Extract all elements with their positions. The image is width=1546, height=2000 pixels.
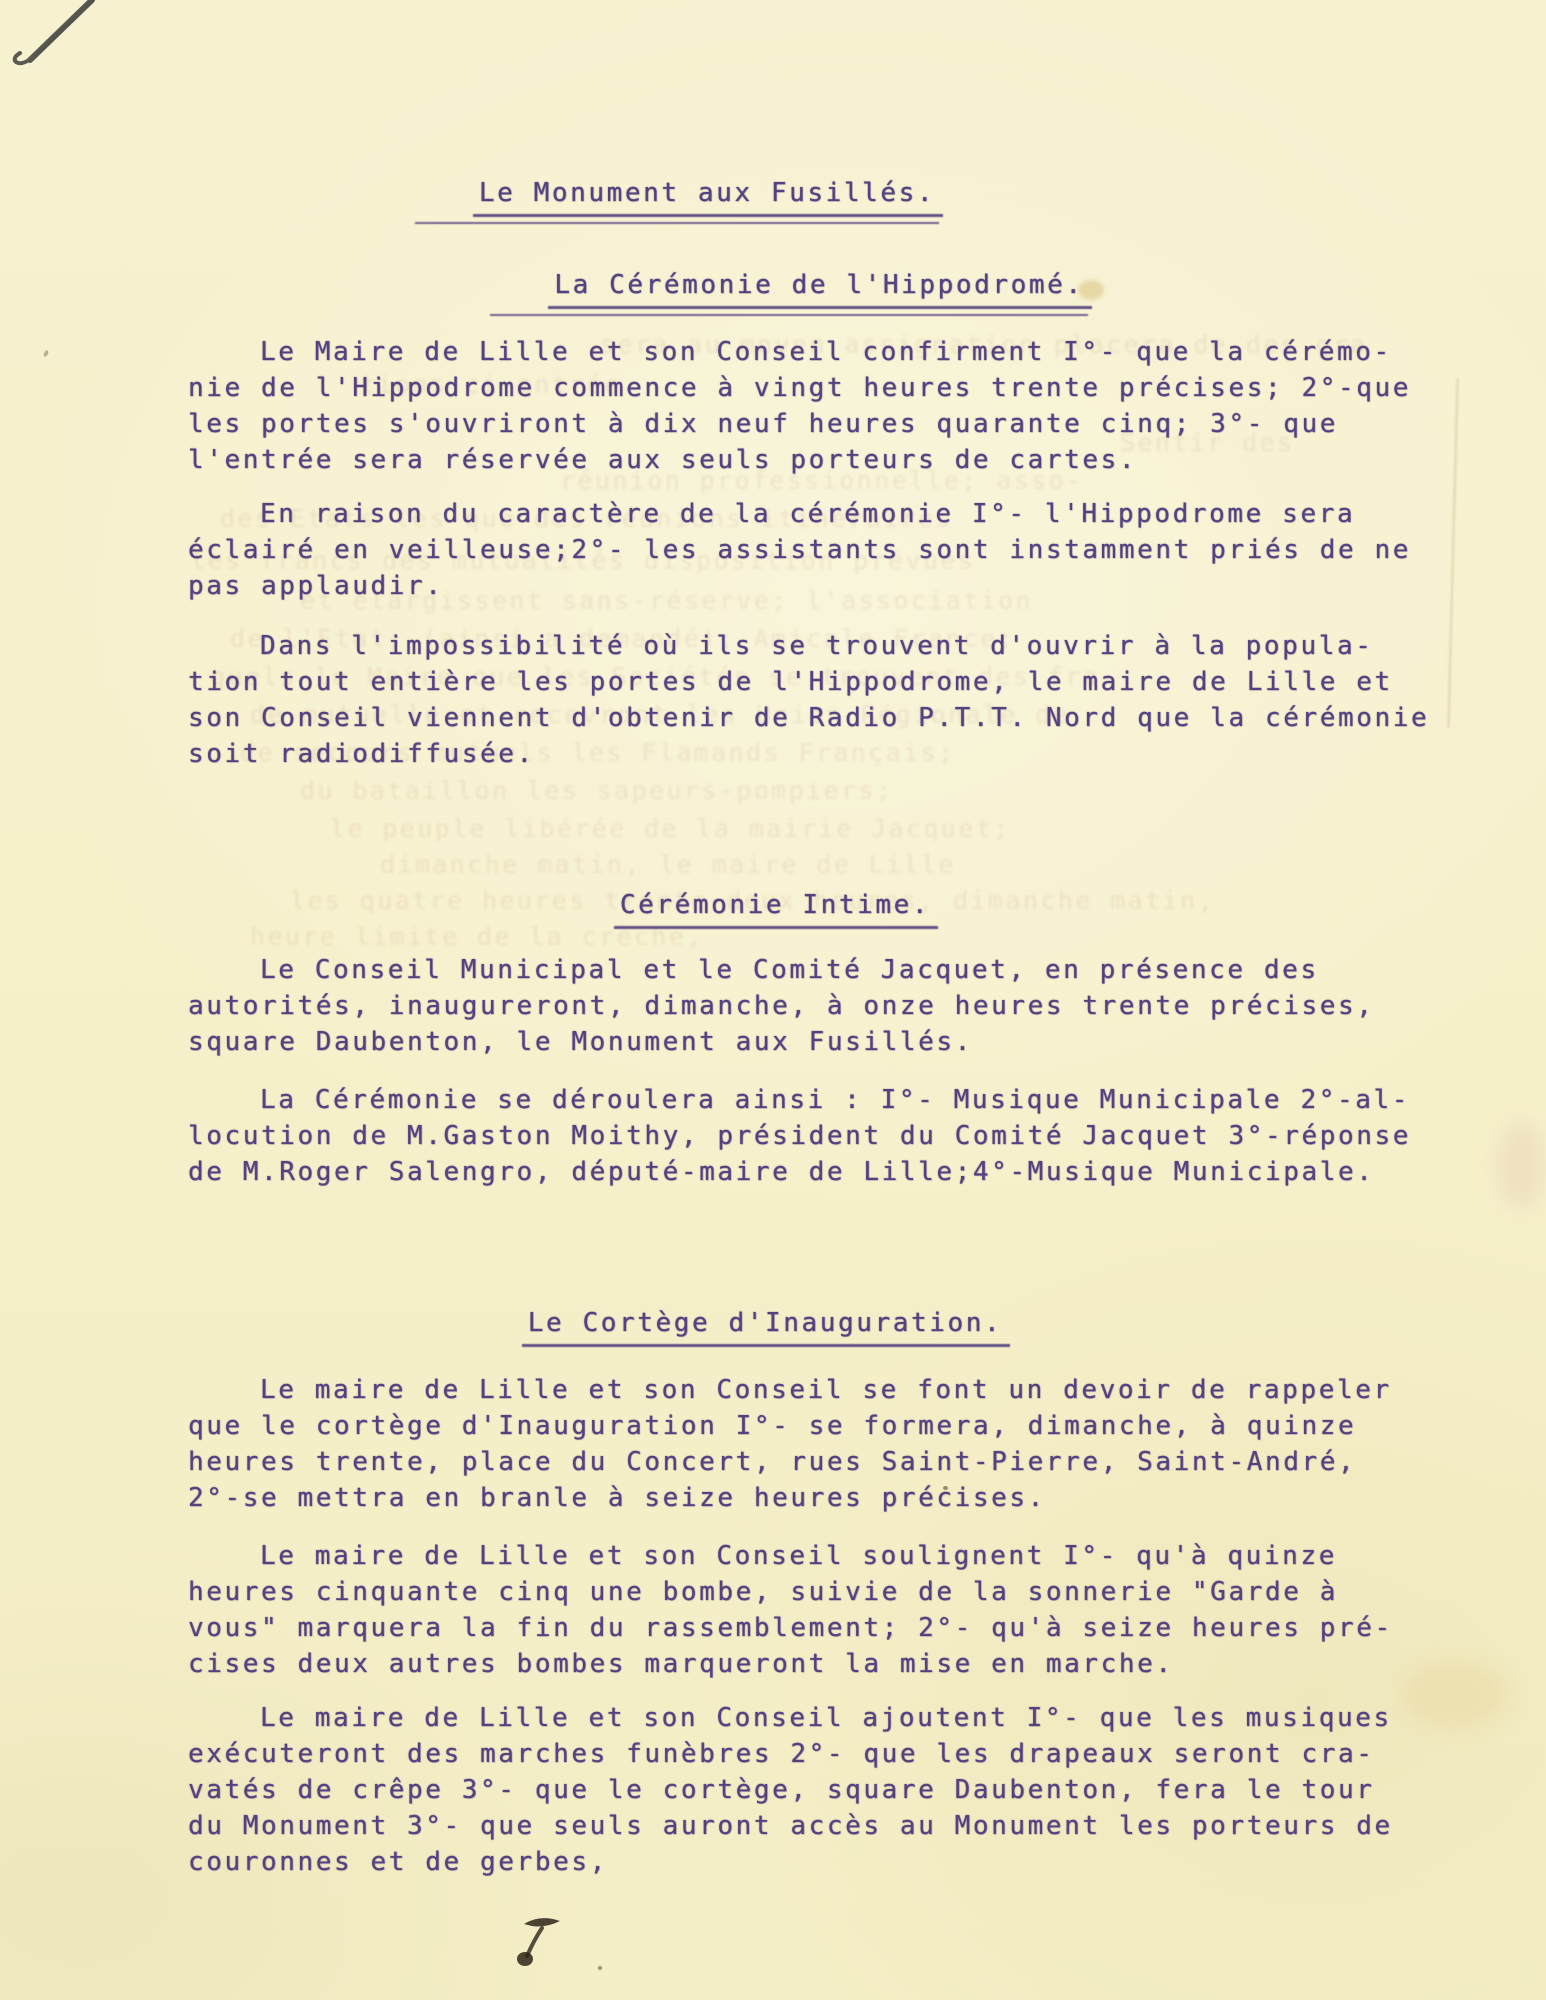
pin-icon <box>0 0 120 90</box>
text-line: heures trente, place du Concert, rues Sa… <box>188 1444 1426 1480</box>
text-line: tion tout entière les portes de l'Hippod… <box>188 664 1426 700</box>
text-line: de M.Roger Salengro, député-maire de Lil… <box>188 1154 1426 1190</box>
section-heading-hippodrome: La Cérémonie de l'Hippodromé. <box>554 268 1083 302</box>
text-line: Le maire de Lille et son Conseil ajouten… <box>188 1700 1426 1736</box>
section-heading-cortege: Le Cortège d'Inauguration. <box>528 1306 1003 1340</box>
paragraph: Dans l'impossibilité où ils se trouvent … <box>188 628 1426 772</box>
text-line: locution de M.Gaston Moithy, président d… <box>188 1118 1426 1154</box>
text-line: les portes s'ouvriront à dix neuf heures… <box>188 406 1426 442</box>
text-line: autorités, inaugureront, dimanche, à onz… <box>188 988 1426 1024</box>
paper-crease <box>1447 378 1458 728</box>
text-line: Le maire de Lille et son Conseil soulign… <box>188 1538 1426 1574</box>
text-line: nie de l'Hippodrome commence à vingt heu… <box>188 370 1426 406</box>
document-title: Le Monument aux Fusillés. <box>479 176 935 210</box>
text-line: que le cortège d'Inauguration I°- se for… <box>188 1408 1426 1444</box>
text-line: couronnes et de gerbes, <box>188 1844 1426 1880</box>
document-page: sera au moyen assignation placera de des… <box>0 0 1546 2000</box>
text-line: pas applaudir. <box>188 568 1426 604</box>
paragraph: En raison du caractère de la cérémonie I… <box>188 496 1426 604</box>
text-line: heures cinquante cinq une bombe, suivie … <box>188 1574 1426 1610</box>
paragraph: Le maire de Lille et son Conseil soulign… <box>188 1538 1426 1682</box>
text-line: Le Conseil Municipal et le Comité Jacque… <box>188 952 1426 988</box>
paragraph: Le maire de Lille et son Conseil ajouten… <box>188 1700 1426 1880</box>
text-line: du Monument 3°- que seuls auront accès a… <box>188 1808 1426 1844</box>
typewritten-text-column: Le Monument aux Fusillés. La Cérémonie d… <box>188 0 1426 1880</box>
text-line: Le Maire de Lille et son Conseil confirm… <box>188 334 1426 370</box>
text-line: En raison du caractère de la cérémonie I… <box>188 496 1426 532</box>
paragraph: Le Maire de Lille et son Conseil confirm… <box>188 334 1426 478</box>
text-line: 2°-se mettra en branle à seize heures pr… <box>188 1480 1426 1516</box>
paper-stain <box>1496 1120 1546 1210</box>
ink-speck <box>598 1966 602 1970</box>
ink-blot <box>512 1912 568 1972</box>
text-line: soit radiodiffusée. <box>188 736 1426 772</box>
text-line: l'entrée sera réservée aux seuls porteur… <box>188 442 1426 478</box>
text-line: Le maire de Lille et son Conseil se font… <box>188 1372 1426 1408</box>
text-line: cises deux autres bombes marqueront la m… <box>188 1646 1426 1682</box>
paragraph: Le maire de Lille et son Conseil se font… <box>188 1372 1426 1516</box>
section-heading-ceremonie-intime: Cérémonie Intime. <box>620 888 930 922</box>
text-line: son Conseil viennent d'obtenir de Radio … <box>188 700 1426 736</box>
paragraph: La Cérémonie se déroulera ainsi : I°- Mu… <box>188 1082 1426 1190</box>
paragraph: Le Conseil Municipal et le Comité Jacque… <box>188 952 1426 1060</box>
text-line: vatés de crêpe 3°- que le cortège, squar… <box>188 1772 1426 1808</box>
ink-speck <box>43 349 50 357</box>
text-line: La Cérémonie se déroulera ainsi : I°- Mu… <box>188 1082 1426 1118</box>
text-line: éclairé en veilleuse;2°- les assistants … <box>188 532 1426 568</box>
text-line: exécuteront des marches funèbres 2°- que… <box>188 1736 1426 1772</box>
text-line: square Daubenton, le Monument aux Fusill… <box>188 1024 1426 1060</box>
text-line: vous" marquera la fin du rassemblement; … <box>188 1610 1426 1646</box>
text-line: Dans l'impossibilité où ils se trouvent … <box>188 628 1426 664</box>
